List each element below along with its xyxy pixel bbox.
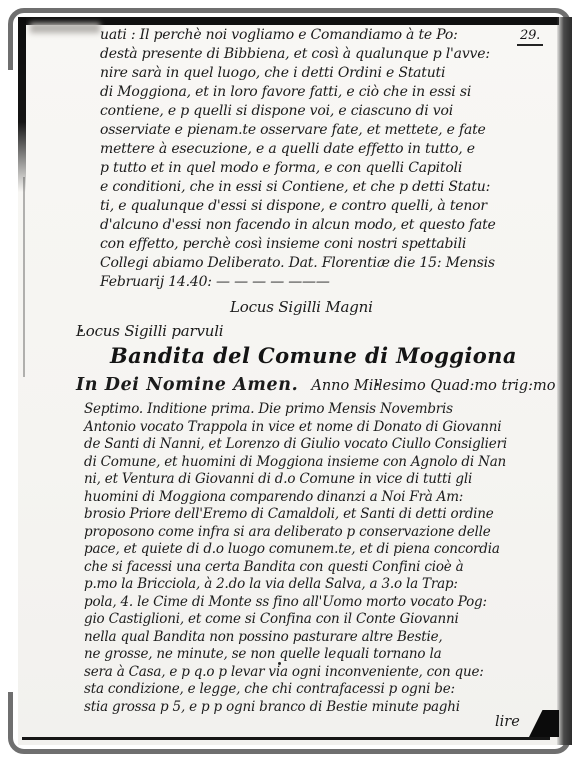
manuscript-line: nire sarà in quel luogo, che i detti Ord… [100,64,555,83]
scan-smudge-top-left [30,23,100,33]
manuscript-line: gio Castiglioni, et come si Confina con … [84,611,558,629]
manuscript-line: ti, e qualunque d'essi si dispone, e con… [100,197,555,216]
manuscript-line: pace, et quiete di d.o luogo comunem.te,… [84,541,558,559]
letter-text-block: uati : Il perchè noi vogliamo e Comandia… [100,26,555,292]
manuscript-line: nella qual Bandita non possino pasturare… [84,629,558,647]
manuscript-line: e conditioni, che in essi si Contiene, e… [100,178,555,197]
manuscript-line: ne grosse, ne minute, se non quelle lequ… [84,646,558,664]
scan-gutter-shadow-right [557,17,572,745]
invocation-line: In Dei Nomine Amen. Anno Millesimo Quad:… [76,375,556,395]
manuscript-photo: 29. uati : Il perchè noi vogliamo e Coma… [18,17,572,745]
manuscript-line: de Santi di Nanni, et Lorenzo di Giulio … [84,436,558,454]
manuscript-line: Collegi abiamo Deliberato. Dat. Florenti… [100,254,555,273]
manuscript-line: stia grossa p 5, e p p ogni branco di Be… [84,699,558,717]
locus-sigilli-magni: Locus Sigilli Magni [230,298,373,316]
invocation-date-text: Anno Millesimo Quad:mo trig:mo [311,378,555,394]
manuscript-line: di Moggiona, et in loro favore fatti, e … [100,83,555,102]
locus-sigilli-parvuli: Locus Sigilli parvuli [76,322,223,340]
manuscript-line: che si facessi una certa Bandita con que… [84,559,558,577]
act-text-block: Septimo. Inditione prima. Die primo Mens… [84,401,558,716]
manuscript-line: di Comune, et huomini di Moggiona insiem… [84,454,558,472]
manuscript-line: mettere à esecuzione, e a quelli date ef… [100,140,555,159]
manuscript-line: pola, 4. le Cime di Monte ss fino all'Uo… [84,594,558,612]
scan-edge-left [18,17,26,192]
manuscript-line: Septimo. Inditione prima. Die primo Mens… [84,401,558,419]
manuscript-line: huomini di Moggiona comparendo dinanzi a… [84,489,558,507]
manuscript-line: d'alcuno d'essi non facendo in alcun mod… [100,216,555,235]
manuscript-line: proposono come infra si ara deliberato p… [84,524,558,542]
manuscript-line: p.mo la Bricciola, à 2.do la via della S… [84,576,558,594]
manuscript-line: con effetto, perchè così insieme coni no… [100,235,555,254]
bandita-heading: Bandita del Comune di Moggiona [110,343,517,368]
frame-left-gap [5,70,17,692]
manuscript-line: contiene, e p quelli si dispone voi, e c… [100,102,555,121]
manuscript-line: sera à Casa, e p q.o p levar via ogni in… [84,664,558,682]
trailing-word: lire [495,714,520,730]
manuscript-line: p tutto et in quel modo e forma, e con q… [100,159,555,178]
manuscript-line: uati : Il perchè noi vogliamo e Comandia… [100,26,555,45]
manuscript-line: Antonio vocato Trappola in vice et nome … [84,419,558,437]
manuscript-line: brosio Priore dell'Eremo di Camaldoli, e… [84,506,558,524]
scan-page-edge-line [23,177,25,377]
manuscript-line: sta condizione, e legge, che chi contraf… [84,681,558,699]
manuscript-line: destà presente di Bibbiena, et così à qu… [100,45,555,64]
manuscript-scan-page: { "document": { "folio_number": "29.", "… [0,0,586,760]
manuscript-line: Februarij 14.40: — — — — ——— [100,273,555,292]
manuscript-line: osserviate e pienam.te osservare fate, e… [100,121,555,140]
scan-edge-bottom [22,737,550,740]
manuscript-line: ni, et Ventura di Giovanni di d.o Comune… [84,471,558,489]
invocation-text: In Dei Nomine Amen. [76,375,298,395]
